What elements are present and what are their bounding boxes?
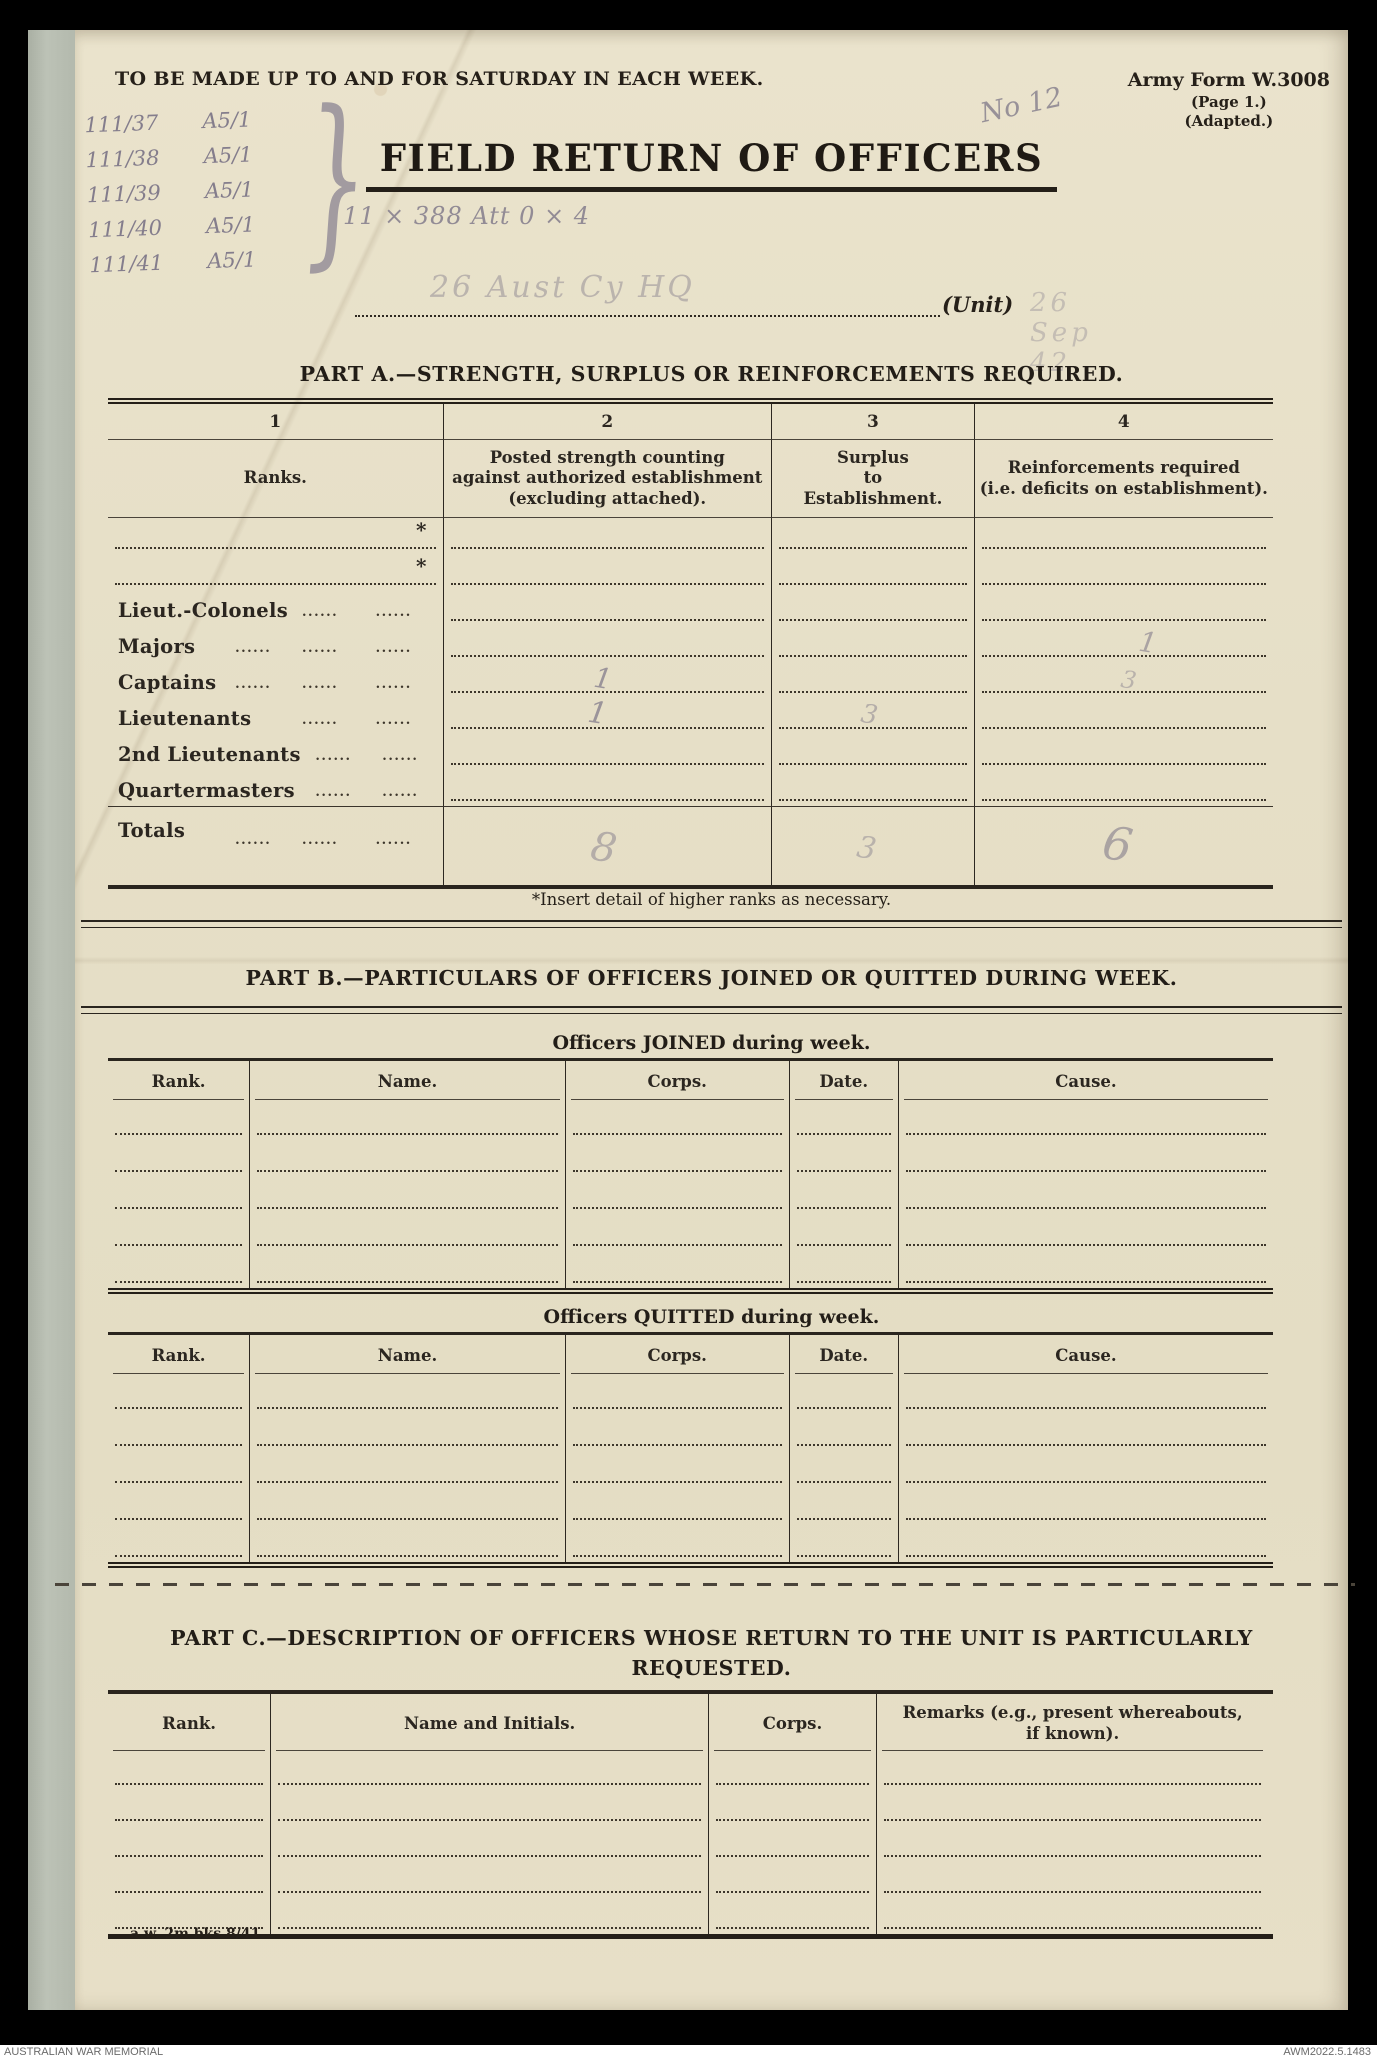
surplus-cell <box>772 662 975 698</box>
title-block: FIELD RETURN OF OFFICERS <box>75 136 1348 192</box>
officers-quitted-table: Rank. Name. Corps. Date. Cause. <box>108 1332 1273 1568</box>
part-a-footnote: *Insert detail of higher ranks as necess… <box>75 890 1348 909</box>
rank-label: Captains <box>118 671 216 694</box>
rank-cell: Lieut.-Colonels <box>108 590 444 626</box>
dot-leader <box>382 749 418 764</box>
joined-empty-row <box>108 1177 1273 1214</box>
perforation-line <box>55 1583 1355 1586</box>
column-header-corps: Corps. <box>709 1694 877 1754</box>
section-rule <box>81 920 1342 928</box>
part-a-row: 2nd Lieutenants <box>108 734 1273 770</box>
archive-attribution-strip: AUSTRALIAN WAR MEMORIAL AWM2022.5.1483 <box>0 2045 1377 2061</box>
part-a-row: * <box>108 518 1273 554</box>
part-a-row: Lieut.-Colonels <box>108 590 1273 626</box>
reinforcements-cell <box>975 518 1273 554</box>
dotted-line <box>115 583 436 585</box>
part-a-row: * <box>108 554 1273 590</box>
reinforcements-cell <box>975 698 1273 734</box>
dot-leader <box>382 785 418 800</box>
quitted-empty-row <box>108 1525 1273 1562</box>
part-c-empty-row <box>108 1754 1273 1790</box>
dot-leader <box>302 833 338 848</box>
margin-ref: 111/37 <box>84 111 159 138</box>
archive-black-bar <box>0 2010 1377 2045</box>
column-header-date: Date. <box>790 1335 900 1377</box>
part-a-row: Lieutenants 1 3 <box>108 698 1273 734</box>
rank-label: Lieut.-Colonels <box>118 599 288 622</box>
reinforcements-cell: 1 <box>975 626 1273 662</box>
scanned-document: TO BE MADE UP TO AND FOR SATURDAY IN EAC… <box>0 0 1377 2061</box>
dot-leader <box>302 641 338 656</box>
pencil-total: 6 <box>1099 815 1136 873</box>
column-header-cause: Cause. <box>899 1061 1273 1103</box>
scanner-edge-strip <box>28 30 75 2010</box>
archive-name: AUSTRALIAN WAR MEMORIAL <box>4 2046 163 2058</box>
officers-joined-heading: Officers JOINED during week. <box>75 1032 1348 1054</box>
margin-ref: 111/40 <box>88 216 163 243</box>
joined-empty-row <box>108 1103 1273 1140</box>
quitted-header-row: Rank. Name. Corps. Date. Cause. <box>108 1335 1273 1377</box>
rank-label: Majors <box>118 635 195 658</box>
section-rule <box>81 1006 1342 1014</box>
dot-leader <box>235 677 271 692</box>
part-c-header-row: Rank. Name and Initials. Corps. Remarks … <box>108 1694 1273 1754</box>
posted-cell <box>444 590 773 626</box>
dot-leader <box>376 713 412 728</box>
column-number: 1 <box>108 404 444 440</box>
rank-label: Lieutenants <box>118 707 251 730</box>
totals-label-cell: Totals <box>108 807 444 885</box>
dot-leader <box>302 713 338 728</box>
part-a-column-headers: Ranks. Posted strength counting against … <box>108 440 1273 518</box>
part-a-row: Quartermasters <box>108 770 1273 806</box>
quitted-empty-row <box>108 1451 1273 1488</box>
dot-leader <box>376 677 412 692</box>
column-header-corps: Corps. <box>566 1335 790 1377</box>
rank-cell: Majors <box>108 626 444 662</box>
column-number: 2 <box>444 404 773 440</box>
column-header-posted-strength: Posted strength counting against authori… <box>444 440 773 518</box>
reinforcements-cell <box>975 770 1273 806</box>
column-header-cause: Cause. <box>899 1335 1273 1377</box>
rank-cell: Quartermasters <box>108 770 444 806</box>
part-a-totals-row: Totals 8 3 6 <box>108 806 1273 885</box>
surplus-cell <box>772 518 975 554</box>
handwritten-unit-value: 26 Aust Cy HQ <box>430 270 695 305</box>
joined-empty-row <box>108 1251 1273 1288</box>
column-header-corps: Corps. <box>566 1061 790 1103</box>
rank-cell: * <box>108 518 444 554</box>
part-a-row: Captains 1 3 <box>108 662 1273 698</box>
column-header-date: Date. <box>790 1061 900 1103</box>
part-c-empty-row <box>108 1898 1273 1934</box>
reinforcements-cell <box>975 554 1273 590</box>
quitted-empty-row <box>108 1377 1273 1414</box>
posted-cell <box>444 554 773 590</box>
posted-cell <box>444 734 773 770</box>
asterisk-mark: * <box>416 554 426 578</box>
column-header-name-initials: Name and Initials. <box>271 1694 709 1754</box>
joined-empty-row <box>108 1140 1273 1177</box>
archive-accession-number: AWM2022.5.1483 <box>1283 2046 1371 2058</box>
handwritten-margin-references: 111/37 A5/1 111/38 A5/1 111/39 A5/1 111/… <box>84 103 390 288</box>
rank-cell: Lieutenants <box>108 698 444 734</box>
part-b-heading: PART B.—PARTICULARS OF OFFICERS JOINED O… <box>75 966 1348 990</box>
form-identifier: Army Form W.3008 (Page 1.) (Adapted.) <box>1128 68 1330 132</box>
dot-leader <box>315 785 351 800</box>
dot-leader <box>376 641 412 656</box>
column-header-rank: Rank. <box>108 1335 250 1377</box>
dot-leader <box>315 749 351 764</box>
officers-quitted-heading: Officers QUITTED during week. <box>75 1306 1348 1328</box>
surplus-cell <box>772 734 975 770</box>
dot-leader <box>376 833 412 848</box>
surplus-cell <box>772 554 975 590</box>
surplus-cell: 3 <box>772 698 975 734</box>
posted-cell: 1 <box>444 662 773 698</box>
column-header-remarks: Remarks (e.g., present whereabouts, if k… <box>877 1694 1268 1754</box>
dot-leader <box>302 605 338 620</box>
posted-cell <box>444 770 773 806</box>
column-header-reinforcements: Reinforcements required (i.e. deficits o… <box>975 440 1273 518</box>
pencil-total: 8 <box>587 823 619 872</box>
reinforcements-cell <box>975 590 1273 626</box>
reinforcements-cell <box>975 734 1273 770</box>
part-c-heading: PART C.—DESCRIPTION OF OFFICERS WHOSE RE… <box>75 1624 1348 1683</box>
margin-file: A5/1 <box>206 212 256 238</box>
margin-ref: 111/41 <box>89 251 164 278</box>
reinforcements-cell: 3 <box>975 662 1273 698</box>
part-c-empty-row <box>108 1790 1273 1826</box>
column-header-surplus: Surplus to Establishment. <box>772 440 975 518</box>
part-a-table: 1 2 3 4 Ranks. Posted strength counting … <box>108 398 1273 889</box>
column-number: 4 <box>975 404 1273 440</box>
surplus-cell <box>772 590 975 626</box>
surplus-cell <box>772 626 975 662</box>
asterisk-mark: * <box>416 518 426 542</box>
part-c-empty-row <box>108 1862 1273 1898</box>
form-adapted-note: (Adapted.) <box>1128 112 1330 132</box>
totals-reinforcements-cell: 6 <box>975 807 1273 885</box>
part-a-heading: PART A.—STRENGTH, SURPLUS OR REINFORCEME… <box>75 362 1348 386</box>
column-header-rank: Rank. <box>108 1694 271 1754</box>
part-c-empty-row <box>108 1826 1273 1862</box>
army-form-page: TO BE MADE UP TO AND FOR SATURDAY IN EAC… <box>75 30 1348 2010</box>
part-a-column-numbers: 1 2 3 4 <box>108 404 1273 440</box>
handwritten-file-number: No 12 <box>978 82 1065 130</box>
column-header-name: Name. <box>250 1335 566 1377</box>
margin-file: A5/1 <box>202 107 252 133</box>
rank-cell: Captains <box>108 662 444 698</box>
totals-label: Totals <box>118 819 185 842</box>
surplus-cell <box>772 770 975 806</box>
column-header-rank: Rank. <box>108 1061 250 1103</box>
posted-cell <box>444 626 773 662</box>
officers-joined-table: Rank. Name. Corps. Date. Cause. <box>108 1058 1273 1294</box>
rank-label: 2nd Lieutenants <box>118 743 301 766</box>
quitted-empty-row <box>108 1488 1273 1525</box>
dot-leader <box>235 641 271 656</box>
rank-cell: 2nd Lieutenants <box>108 734 444 770</box>
printer-imprint: a.w. 2m bks 8/41 <box>130 1926 260 1942</box>
part-c-table: Rank. Name and Initials. Corps. Remarks … <box>108 1690 1273 1939</box>
part-a-row: Majors 1 <box>108 626 1273 662</box>
column-header-name: Name. <box>250 1061 566 1103</box>
dot-leader <box>235 833 271 848</box>
dotted-line <box>115 547 436 549</box>
margin-file: A5/1 <box>207 247 257 273</box>
pencil-total: 3 <box>854 830 878 868</box>
unit-label: (Unit) <box>942 292 1013 317</box>
totals-posted-cell: 8 <box>444 807 773 885</box>
posted-cell <box>444 518 773 554</box>
handwritten-strength-note: 11 × 388 Att 0 × 4 <box>343 202 590 230</box>
joined-header-row: Rank. Name. Corps. Date. Cause. <box>108 1061 1273 1103</box>
column-header-ranks: Ranks. <box>108 440 444 518</box>
totals-surplus-cell: 3 <box>772 807 975 885</box>
rank-label: Quartermasters <box>118 779 295 802</box>
form-page-number: (Page 1.) <box>1128 93 1330 113</box>
rank-cell: * <box>108 554 444 590</box>
joined-empty-row <box>108 1214 1273 1251</box>
weekly-instruction: TO BE MADE UP TO AND FOR SATURDAY IN EAC… <box>115 68 764 90</box>
dot-leader <box>302 677 338 692</box>
quitted-empty-row <box>108 1414 1273 1451</box>
column-number: 3 <box>772 404 975 440</box>
dot-leader <box>376 605 412 620</box>
posted-cell: 1 <box>444 698 773 734</box>
form-number: Army Form W.3008 <box>1128 68 1330 93</box>
unit-line: 26 Aust Cy HQ (Unit) 26 Sep 42 <box>355 292 1013 317</box>
page-title: FIELD RETURN OF OFFICERS <box>366 136 1058 192</box>
